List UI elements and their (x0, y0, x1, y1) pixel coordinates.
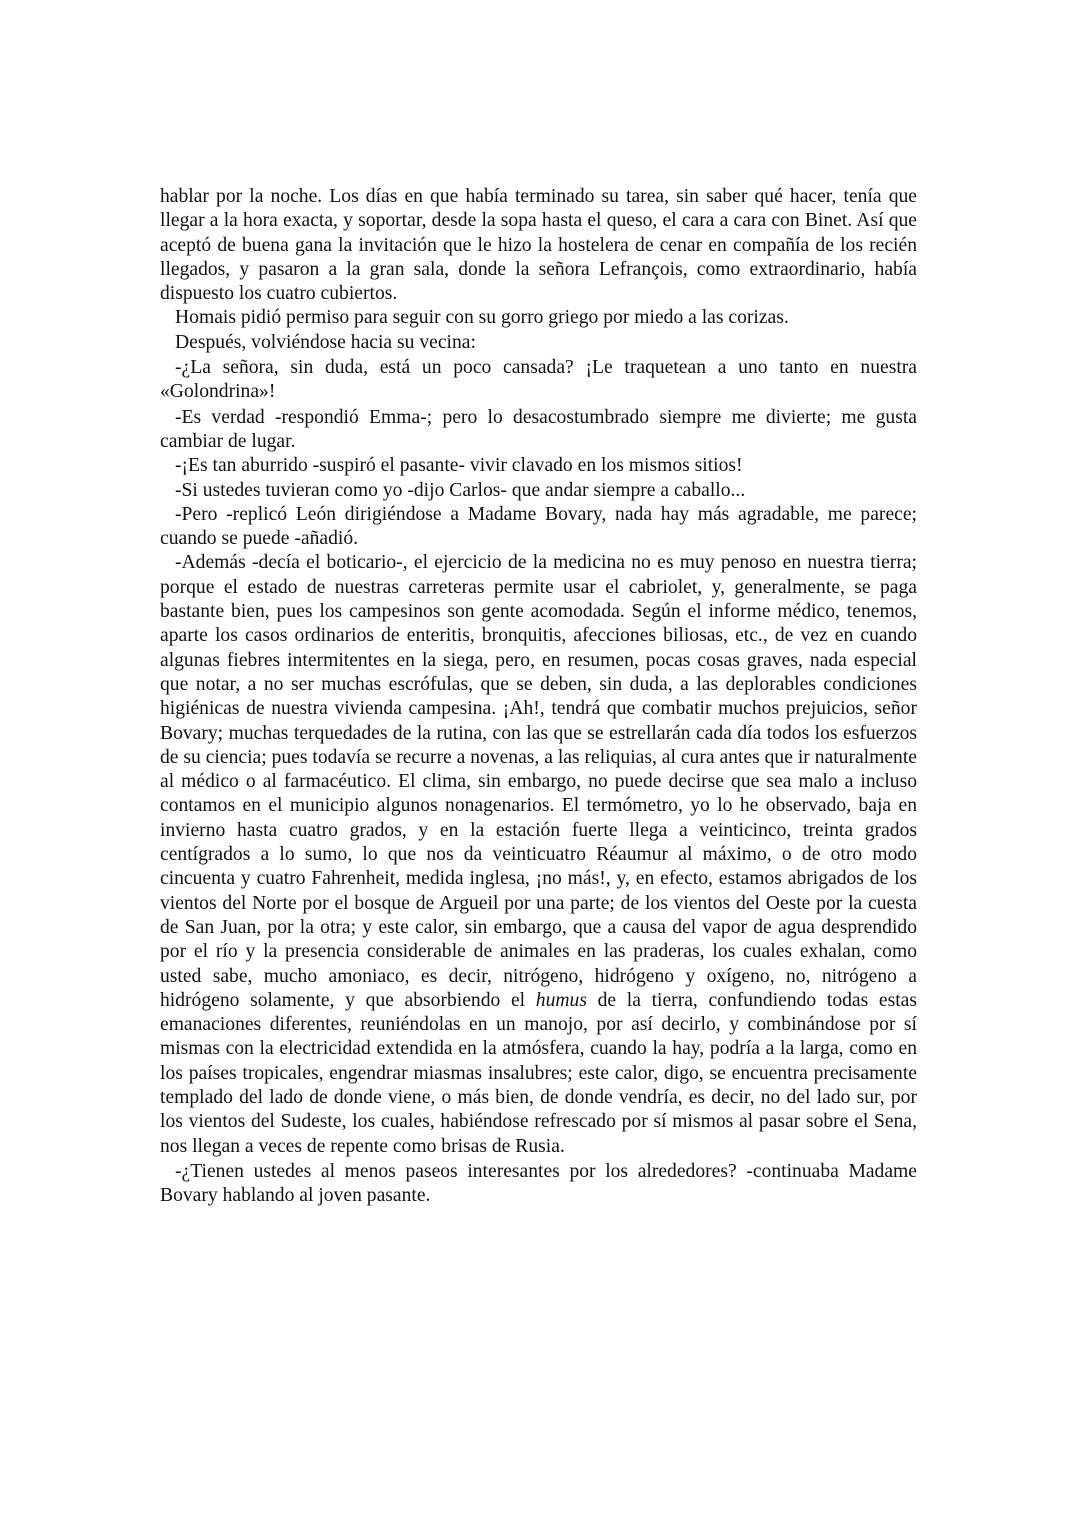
dialogue-leon-reply: -Pero -replicó León dirigiéndose a Madam… (160, 503, 917, 552)
italic-term-humus: humus (536, 990, 587, 1011)
dialogue-homais-question: -¿La señora, sin duda, está un poco cans… (160, 356, 917, 405)
speech-text-part-2: de la tierra, confundiendo todas estas e… (160, 990, 917, 1157)
dialogue-carlos: -Si ustedes tuvieran como yo -dijo Carlo… (160, 479, 917, 503)
paragraph-continuation: hablar por la noche. Los días en que hab… (160, 185, 917, 306)
dialogue-boticario-speech: -Además -decía el boticario-, el ejercic… (160, 551, 917, 1158)
dialogue-leon-sigh: -¡Es tan aburrido -suspiró el pasante- v… (160, 454, 917, 478)
document-page: hablar por la noche. Los días en que hab… (160, 185, 917, 1208)
dialogue-emma-question: -¿Tienen ustedes al menos paseos interes… (160, 1160, 917, 1209)
speech-text-part-1: -Además -decía el boticario-, el ejercic… (160, 552, 917, 1010)
dialogue-emma-reply: -Es verdad -respondió Emma-; pero lo des… (160, 406, 917, 455)
paragraph-homais-permission: Homais pidió permiso para seguir con su … (160, 306, 917, 330)
paragraph-turning-to-neighbor: Después, volviéndose hacia su vecina: (160, 331, 917, 355)
